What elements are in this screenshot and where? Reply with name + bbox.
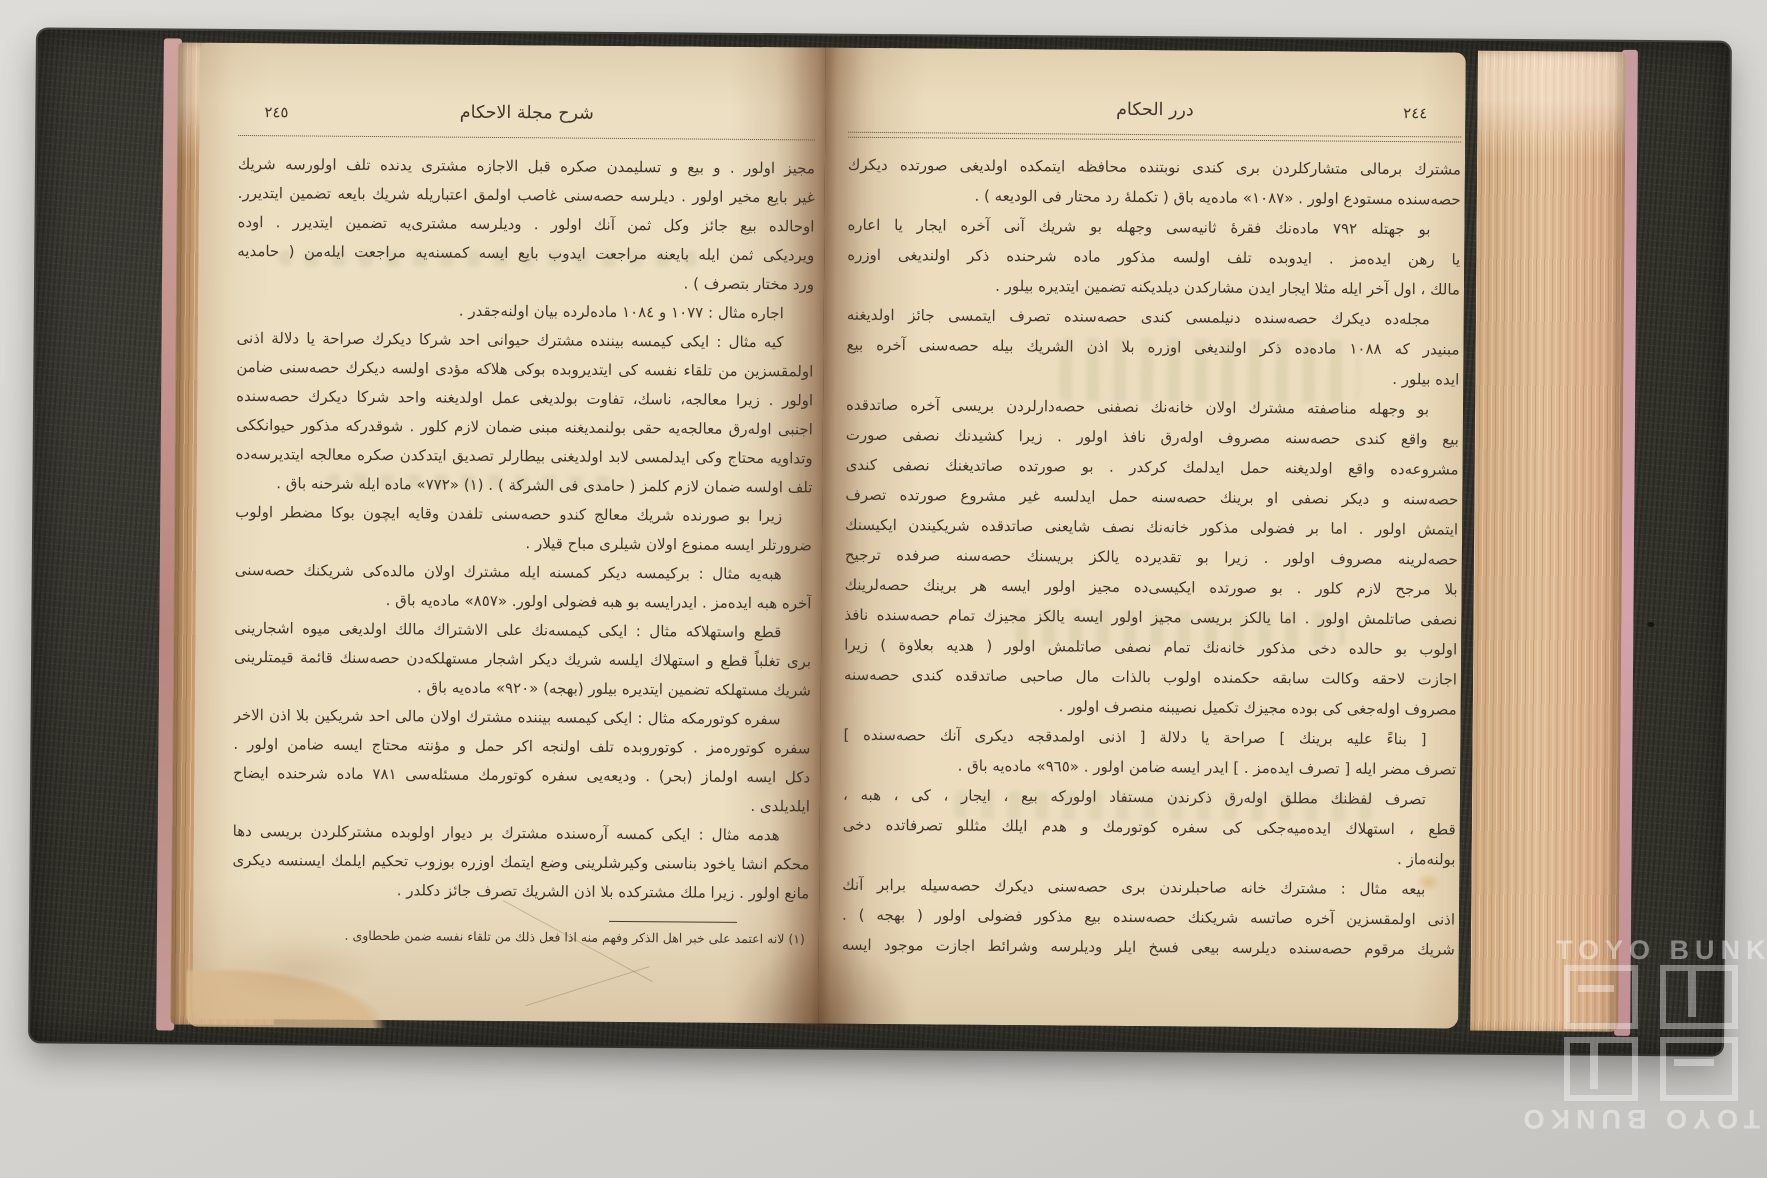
text-line: مالك ، اول آخر ايله مثلا ايجار ايدن مشار… <box>847 270 1460 305</box>
text-line: اذنى اولمقسزين آخره صاتسه شريكنك حصه‌سند… <box>842 900 1455 935</box>
toyo-bunko-watermark-bottom-mirrored: TOYO BUNKO <box>1517 1103 1760 1134</box>
text-line: قطع واستهلاكه مثال : ايكى كيمسه‌نك على ا… <box>234 614 811 648</box>
right-page-header: درر الحكام ٢٤٤ <box>848 98 1461 135</box>
text-line: بولنه‌ماز . <box>842 840 1455 875</box>
left-page-text: مجيز اولور . و بيع و تسليمدن صكره قبل ال… <box>232 150 815 909</box>
text-line: وتداويه محتاج وكى ايدلمسى لابد اولديغنى … <box>236 440 813 474</box>
text-line: زيرا بو صورنده شريك معالج كندو حصه‌سنى ت… <box>235 498 812 532</box>
text-line: اولوب بو حالده دخى مذكور خانه‌نك تمام نص… <box>844 630 1457 665</box>
right-page-title: درر الحكام <box>1116 100 1194 121</box>
seal-glyph <box>1660 1037 1738 1101</box>
text-line: آخره هبه ايده‌مز . ايدرايسه بو هبه فضولى… <box>234 585 811 619</box>
text-line: شريك مستهلكه تضمين ايتديره بيلور (بهجه) … <box>234 672 811 706</box>
right-page: درر الحكام ٢٤٤ مشترك برمالى متشاركلردن ب… <box>842 98 1462 965</box>
text-line: سفره كوتورمكه مثال : ايكى كيمسه بيننده م… <box>234 701 811 735</box>
text-line: مبنيدر كه ١٠٨٨ ماده‌ده ذكر اولنديغى اوزر… <box>846 330 1459 365</box>
text-line: مشترك برمالى متشاركلردن برى كندى نوبتنده… <box>848 150 1461 185</box>
text-line: تلف اولسه ضمان لازم كلمز ( حامدى فى الشر… <box>235 469 812 503</box>
text-line: اجازت لاحقه وكالت سابقه حكمنده اولوب بال… <box>844 660 1457 695</box>
left-page-number: ٢٤٥ <box>264 103 288 121</box>
text-line: هبه‌يه مثال : بركيمسه ديكر كمسنه ايله مش… <box>235 556 812 590</box>
text-line: تصرف لفظنك مطلق اوله‌رق ذكرندن مستفاد او… <box>843 780 1456 815</box>
left-page-title: شرح مجلة الاحكام <box>460 103 594 124</box>
text-line: [ بناءً عليه برينك ] صراحة يا دلالة [ اذ… <box>843 720 1456 755</box>
book: ٢٤٥ شرح مجلة الاحكام مجيز اولور . و بيع … <box>30 29 1730 1054</box>
right-page-text: مشترك برمالى متشاركلردن برى كندى نوبتنده… <box>842 150 1461 965</box>
left-page: ٢٤٥ شرح مجلة الاحكام مجيز اولور . و بيع … <box>232 101 816 950</box>
text-line: هدمه مثال : ايكى كمسه آره‌سنده مشترك بر … <box>233 817 810 851</box>
toyo-bunko-seal <box>1558 963 1740 1101</box>
text-line: مجله‌ده ديكرك حصه‌سنده دنيلمسى كندى حصه‌… <box>847 300 1460 335</box>
text-line: ايتمش اولور . اما بر فضولى مذكور خانه‌نك… <box>845 510 1458 545</box>
text-line: كيه مثال : ايكى كيمسه بيننده مشترك حيوان… <box>236 324 813 358</box>
seal-glyph <box>1674 1059 1714 1066</box>
text-line: اجنبى اوله‌رق معالجه‌يه حقى بولنمديغنه م… <box>236 411 813 445</box>
seal-glyph <box>1564 965 1638 1029</box>
text-line: بو جهتله ٧٩٢ ماده‌نك فقرهٔ ثانيه‌سى وجهل… <box>847 210 1460 245</box>
text-line: تصرف مضر ايله [ تصرف ايده‌مز . ] ايدر اي… <box>843 750 1456 785</box>
text-line: سفره كوتوره‌مز . كوتوروبده تلف اولنجه اك… <box>233 730 810 764</box>
text-line: بيع واقع كندى حصه‌سنه مصروف اوله‌رق نافذ… <box>846 420 1459 455</box>
text-line: دكل ايسه اولماز (بحر) . وديعه‌يى سفره كو… <box>233 759 810 793</box>
seal-glyph <box>1660 965 1738 1029</box>
seal-glyph <box>1590 1037 1598 1089</box>
text-line: ورد مختار بتصرف ) . <box>237 266 814 300</box>
text-line: نصفى صاتلمش اولور . اما يالكز بريسى مجيز… <box>844 600 1457 635</box>
text-line: مانع اولور . زيرا ملك مشتركده بلا اذن ال… <box>232 875 809 909</box>
footnote-rule <box>609 921 737 923</box>
page-edges-right <box>1470 51 1626 1032</box>
ink-speck <box>1647 622 1654 627</box>
open-spread: ٢٤٥ شرح مجلة الاحكام مجيز اولور . و بيع … <box>192 43 1466 1029</box>
text-line: حصه‌سنده مستودع اولور . «١٠٨٧» ماده‌يه ب… <box>848 180 1461 215</box>
text-line: محكم انشا ياخود بناسنى وكيرشلرينى وضع اي… <box>232 846 809 880</box>
text-line: مصروف اوله‌جغى كى بوده مجيزك تكميل نصيبن… <box>844 690 1457 725</box>
text-line: ايده بيلور . <box>846 360 1459 395</box>
text-line: اوحالده بيع جائز وكل ثمن آنك اولور . ودي… <box>237 208 814 242</box>
text-line: اولور . زيرا معالجه، ناسك، تفاوت بولديغى… <box>236 382 813 416</box>
text-line: ضرورتلر ايسه ممنوع اولان شيلرى مباح قيلا… <box>235 527 812 561</box>
right-page-number: ٢٤٤ <box>1403 104 1427 122</box>
text-line: غير بايع مخير اولور . ديلرسه حصه‌سنى غاص… <box>238 179 815 213</box>
seal-glyph <box>1564 1037 1638 1101</box>
seal-glyph <box>1688 965 1696 1017</box>
text-line: بلا مرجح لازم كلور . بو صورتده ايكيسى‌ده… <box>845 570 1458 605</box>
text-line: برى تغلباً قطع و استهلاك ايلسه شريك ديكر… <box>234 643 811 677</box>
text-line: ايلديلدى . <box>233 788 810 822</box>
text-line: ويرديكى ثمن ايله بايعنه مراجعت ايدوب باي… <box>237 237 814 271</box>
text-line: يا رهن ايده‌مز . ايدوبده تلف اولسه مذكور… <box>847 240 1460 275</box>
text-line: مشروعه‌ده واقع اولديغنه حمل ايدلمك كركدر… <box>845 450 1458 485</box>
text-line: حصه‌لرينه مصروف اولور . زيرا بو تقديرده … <box>845 540 1458 575</box>
text-line: حصه‌سنه و ديكر نصفى او برينك حصه‌سنه حمل… <box>845 480 1458 515</box>
text-line: اولمقسزين من تلقاء نفسه كى ايتديروبده بو… <box>236 353 813 387</box>
text-line: بو وجهله مناصفته مشترك اولان خانه‌نك نصف… <box>846 390 1459 425</box>
text-line: شريك مرقوم حصه‌سنده ديلرسه بيعى فسخ ايلر… <box>842 930 1455 965</box>
text-line: مجيز اولور . و بيع و تسليمدن صكره قبل ال… <box>238 150 815 184</box>
text-line: اجاره مثال : ١٠٧٧ و ١٠٨٤ ماده‌لرده بيان … <box>237 295 814 329</box>
text-line: بيعه مثال : مشترك خانه صاحبلرندن برى حصه… <box>842 870 1455 905</box>
seal-glyph <box>1578 985 1614 992</box>
text-line: قطع ، استهلاك ايده‌ميه‌جكى كى سفره كوتور… <box>843 810 1456 845</box>
photo-backdrop: ٢٤٥ شرح مجلة الاحكام مجيز اولور . و بيع … <box>0 0 1767 1178</box>
left-page-header: ٢٤٥ شرح مجلة الاحكام <box>238 101 815 138</box>
